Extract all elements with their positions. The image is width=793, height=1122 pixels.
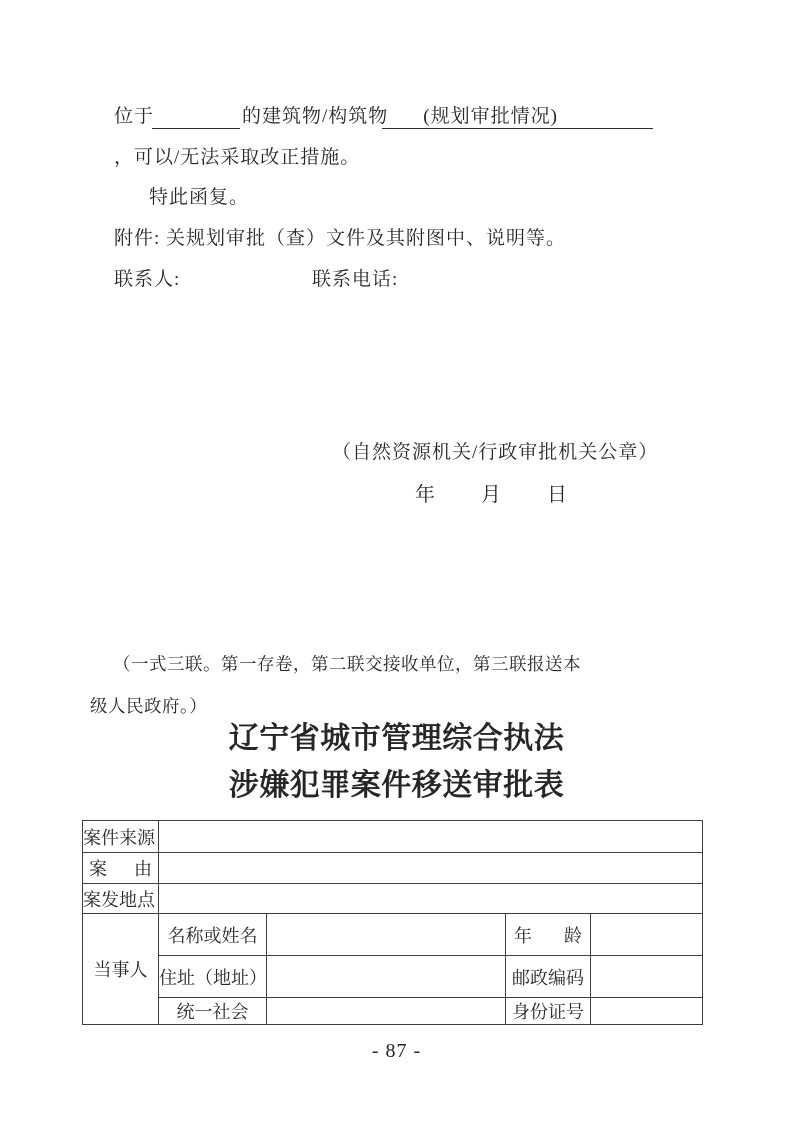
form-title-line1: 辽宁省城市管理综合执法 [0, 713, 793, 757]
line1-prefix: 位于 [114, 106, 154, 127]
body-line-attachment: 附件: 关规划审批（查）文件及其附图中、说明等。 [114, 225, 566, 252]
case-source-value [159, 821, 703, 853]
fill-in-rule-2 [382, 128, 653, 129]
name-label: 名称或姓名 [159, 914, 267, 956]
copies-note-line1: （一式三联。第一存卷，第二联交接收单位，第三联报送本 [90, 643, 581, 685]
party-label: 当事人 [83, 914, 159, 1025]
cause-value [159, 853, 703, 884]
table-row-case-source: 案件来源 [83, 821, 703, 853]
cause-label-left: 案 [89, 855, 107, 881]
case-transfer-approval-table: 案件来源 案 由 案发地点 当事人 名称或姓名 [82, 820, 703, 1025]
line1-planning-note: (规划审批情况) [423, 106, 558, 127]
date-line: 年 月 日 [415, 478, 567, 507]
phone-label: 联系电话: [312, 266, 398, 293]
page-number: - 87 - [0, 1040, 793, 1063]
contact-label: 联系人: [114, 269, 180, 290]
location-label: 案发地点 [83, 884, 159, 914]
name-value [267, 914, 506, 956]
body-line-reply: 特此函复。 [149, 184, 249, 211]
seal-line: （自然资源机关/行政审批机关公章） [332, 437, 658, 464]
age-value [591, 914, 703, 956]
body-line-contact: 联系人: 联系电话: [114, 266, 180, 293]
age-label-right: 龄 [564, 922, 582, 948]
age-label-left: 年 [514, 922, 532, 948]
id-number-value [591, 998, 703, 1025]
line1-middle: 的建筑物/构筑物 [242, 106, 388, 127]
address-value [267, 956, 506, 998]
date-day-label: 日 [547, 478, 567, 507]
body-line-measures: ，可以/无法采取改正措施。 [114, 144, 360, 171]
date-year-label: 年 [415, 478, 435, 507]
credit-code-value [267, 998, 506, 1025]
table-row-party-name: 当事人 名称或姓名 年 龄 [83, 914, 703, 956]
credit-code-label: 统一社会 [159, 998, 267, 1025]
form-title-line2: 涉嫌犯罪案件移送审批表 [0, 760, 793, 804]
body-line-location: 位于的建筑物/构筑物(规划审批情况) [114, 103, 558, 130]
age-label: 年 龄 [506, 914, 591, 956]
cause-label: 案 由 [83, 853, 159, 884]
case-source-label: 案件来源 [83, 821, 159, 853]
table-row-party-credit: 统一社会 身份证号 [83, 998, 703, 1025]
fill-in-rule-1 [152, 128, 240, 129]
postcode-value [591, 956, 703, 998]
date-month-label: 月 [481, 478, 501, 507]
postcode-label: 邮政编码 [506, 956, 591, 998]
id-number-label: 身份证号 [506, 998, 591, 1025]
table-row-party-address: 住址（地址） 邮政编码 [83, 956, 703, 998]
address-label: 住址（地址） [159, 956, 267, 998]
document-page: 位于的建筑物/构筑物(规划审批情况) ，可以/无法采取改正措施。 特此函复。 附… [0, 0, 793, 1122]
table-row-location: 案发地点 [83, 884, 703, 914]
cause-label-right: 由 [134, 855, 152, 881]
location-value [159, 884, 703, 914]
table-row-cause: 案 由 [83, 853, 703, 884]
